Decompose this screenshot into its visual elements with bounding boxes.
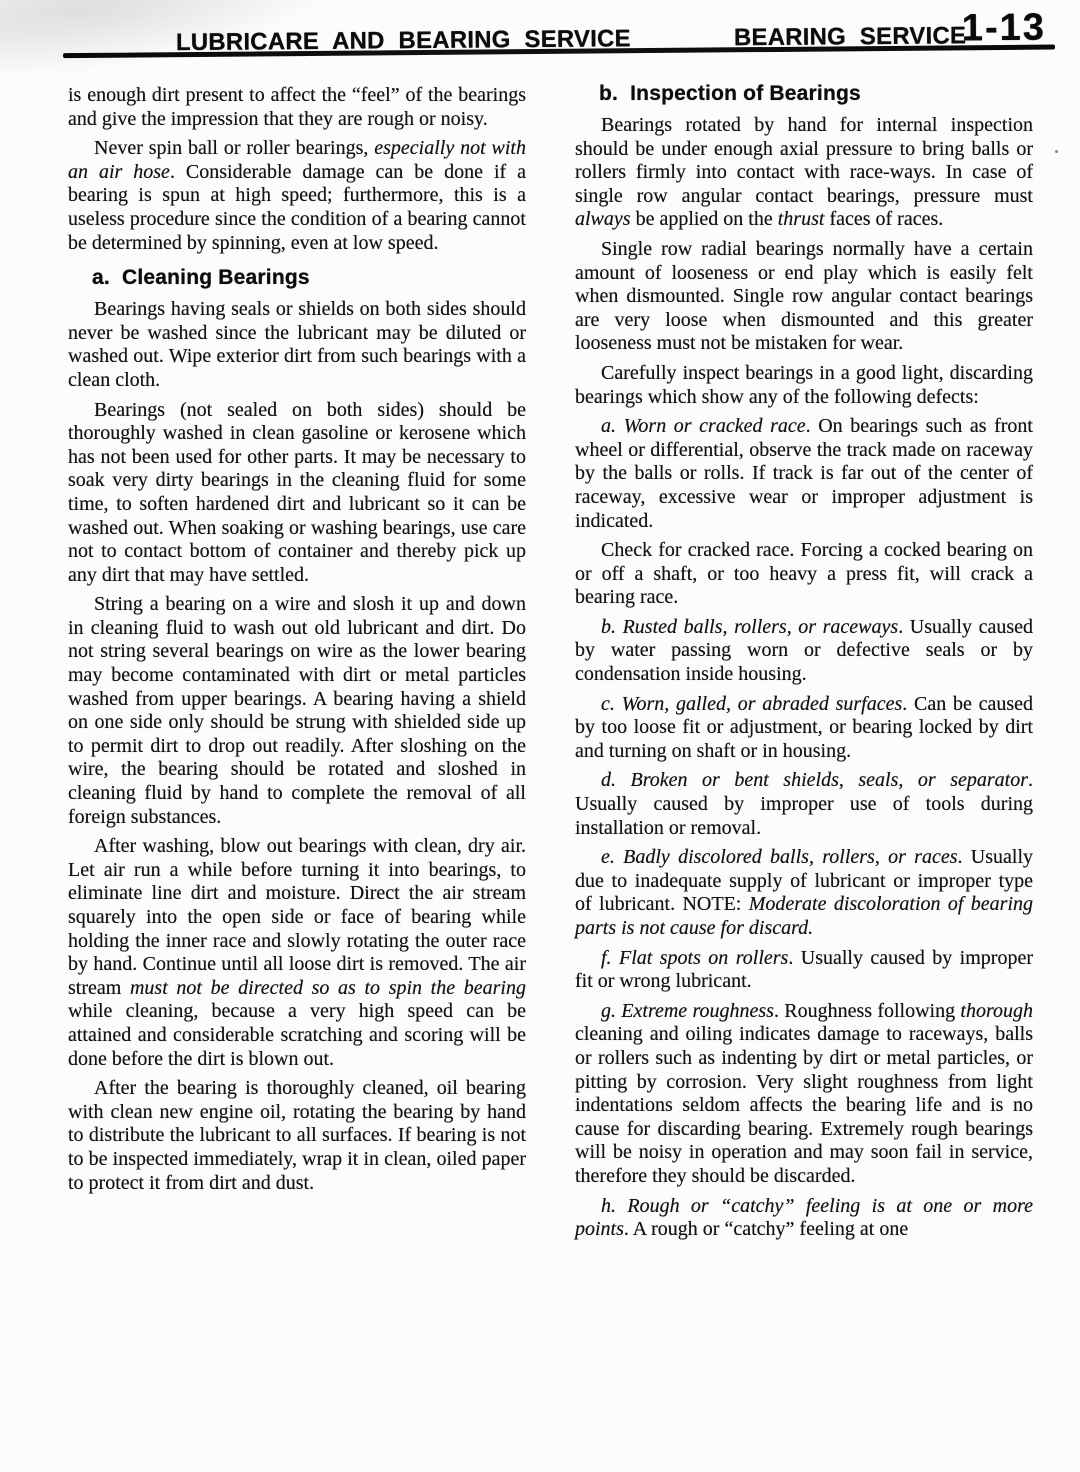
body-text: Bearings (not sealed on both sides) shou… (68, 399, 526, 586)
body-text: Bearings rotated by hand for internal in… (575, 114, 1033, 207)
running-head-right: BEARING SERVICE (734, 22, 967, 52)
italic-text: must not be directed so as to spin the b… (130, 977, 526, 999)
paragraph: Bearings rotated by hand for internal in… (575, 114, 1033, 232)
italic-text: always (575, 208, 631, 230)
body-text: Never spin ball or roller bearings, (94, 137, 374, 159)
paragraph: Never spin ball or roller bearings, espe… (68, 137, 526, 255)
italic-text: b. Rusted balls, rollers, or raceways (601, 616, 898, 638)
paragraph: String a bearing on a wire and slosh it … (68, 593, 526, 829)
paragraph: h. Rough or “catchy” feeling is at one o… (575, 1195, 1033, 1242)
body-text: while cleaning, because a very high spee… (68, 1000, 526, 1069)
paragraph: is enough dirt present to affect the “fe… (68, 84, 526, 131)
paragraph: Single row radial bearings normally have… (575, 238, 1033, 356)
section-heading: a. Cleaning Bearings (92, 266, 526, 290)
paragraph: After washing, blow out bearings with cl… (68, 835, 526, 1071)
scan-shadow (0, 0, 364, 92)
body-text: cleaning and oiling indicates damage to … (575, 1023, 1033, 1187)
italic-text: g. Extreme roughness (601, 1000, 774, 1022)
paragraph: d. Broken or bent shields, seals, or sep… (575, 769, 1033, 840)
running-head-left: LUBRICARE AND BEARING SERVICE (176, 25, 631, 57)
paragraph: e. Badly discolored balls, rollers, or r… (575, 846, 1033, 940)
body-text: Single row radial bearings normally have… (575, 238, 1033, 354)
paragraph: After the bearing is thoroughly cleaned,… (68, 1077, 526, 1195)
body-text: Carefully inspect bearings in a good lig… (575, 362, 1033, 408)
body-text: faces of races. (824, 208, 943, 230)
body-text: After the bearing is thoroughly cleaned,… (68, 1077, 526, 1193)
italic-text: c. Worn, galled, or abraded surfaces (601, 693, 902, 715)
manual-page: LUBRICARE AND BEARING SERVICE BEARING SE… (0, 0, 1080, 1472)
italic-text: a. Worn or cracked race (601, 415, 806, 437)
body-text: . Roughness following (774, 1000, 960, 1022)
left-column: is enough dirt present to affect the “fe… (68, 84, 526, 1201)
body-text: Check for cracked race. Forcing a cocked… (575, 539, 1033, 608)
body-text: is enough dirt present to affect the “fe… (68, 84, 526, 130)
section-heading: b. Inspection of Bearings (599, 82, 1033, 106)
page-number: 1-13 (962, 7, 1046, 51)
paragraph: g. Extreme roughness. Roughness followin… (575, 1000, 1033, 1189)
paragraph: Bearings (not sealed on both sides) shou… (68, 399, 526, 588)
paragraph: a. Worn or cracked race. On bearings suc… (575, 415, 1033, 533)
paragraph: f. Flat spots on rollers. Usually caused… (575, 947, 1033, 994)
body-text: be applied on the (631, 208, 778, 230)
body-text: String a bearing on a wire and slosh it … (68, 593, 526, 827)
body-text: . A rough or “catchy” feeling at one (624, 1218, 908, 1240)
body-text: Bearings having seals or shields on both… (68, 298, 526, 391)
italic-text: d. Broken or bent shields, seals, or sep… (601, 769, 1028, 791)
italic-text: thrust (778, 208, 825, 230)
paragraph: Bearings having seals or shields on both… (68, 298, 526, 392)
italic-text: thorough (960, 1000, 1033, 1022)
paragraph: Check for cracked race. Forcing a cocked… (575, 539, 1033, 610)
header-rule (63, 45, 1055, 59)
right-column: b. Inspection of BearingsBearings rotate… (575, 80, 1033, 1248)
body-text: After washing, blow out bearings with cl… (68, 835, 526, 999)
scan-speck (1055, 150, 1058, 153)
paragraph: Carefully inspect bearings in a good lig… (575, 362, 1033, 409)
italic-text: e. Badly discolored balls, rollers, or r… (601, 846, 958, 868)
paragraph: c. Worn, galled, or abraded surfaces. Ca… (575, 693, 1033, 764)
italic-text: f. Flat spots on rollers (601, 947, 788, 969)
paragraph: b. Rusted balls, rollers, or raceways. U… (575, 616, 1033, 687)
